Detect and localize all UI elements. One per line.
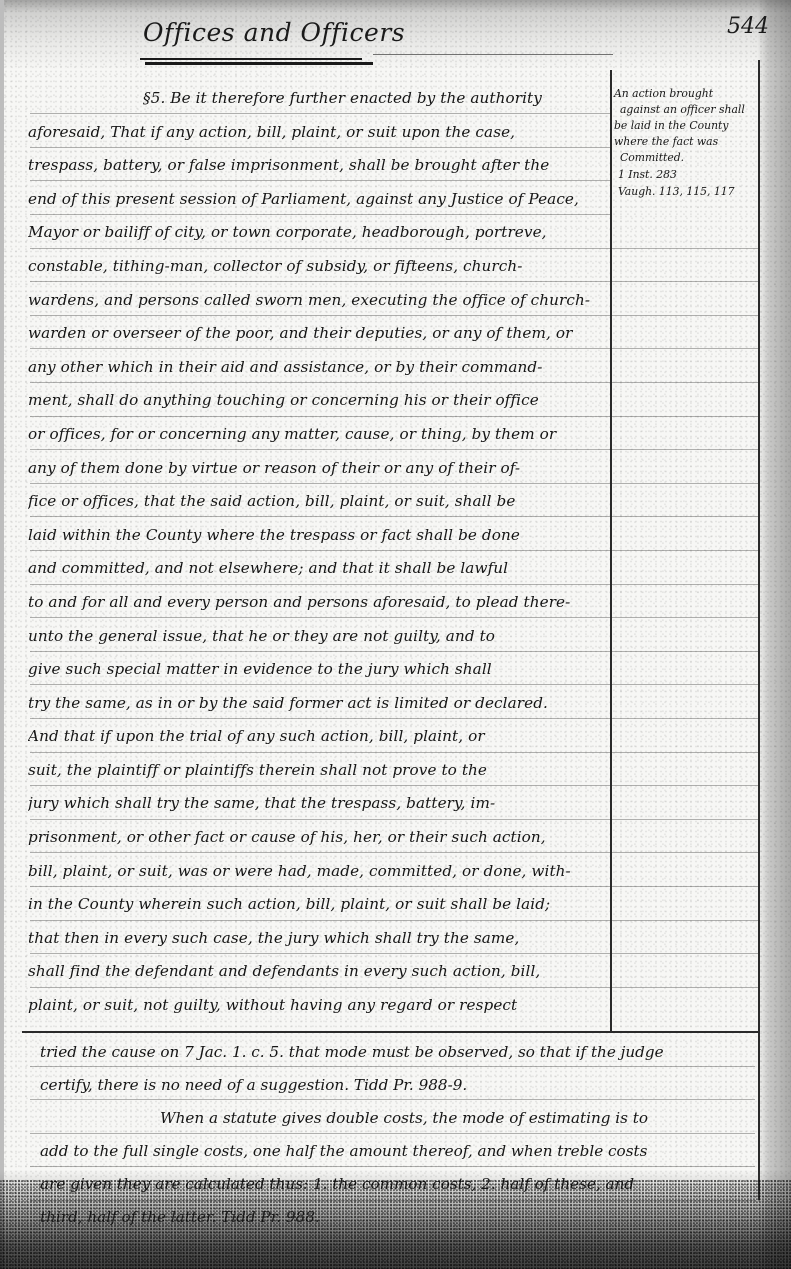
footnote-line: certify, there is no need of a suggestio… (40, 1069, 760, 1102)
margin-ruled-line (612, 953, 758, 954)
margin-ruled-line (612, 348, 758, 349)
scan-edge-strip (0, 0, 4, 1269)
text-line: any of them done by virtue or reason of … (28, 452, 613, 486)
text-line: give such special matter in evidence to … (28, 653, 613, 687)
text-line: wardens, and persons called sworn men, e… (28, 284, 613, 318)
text-line: prisonment, or other fact or cause of hi… (28, 821, 613, 855)
margin-ruled-line (612, 382, 758, 383)
margin-ruled-line (612, 752, 758, 753)
manuscript-page: Offices and Officers 544 §5. Be it there… (0, 0, 791, 1269)
text-line: in the County wherein such action, bill,… (28, 888, 613, 922)
margin-note-line: An action brought (614, 86, 756, 102)
text-line: aforesaid, That if any action, bill, pla… (28, 116, 613, 150)
margin-ruled-line (612, 550, 758, 551)
margin-ruled-line (612, 718, 758, 719)
text-line: trespass, battery, or false imprisonment… (28, 149, 613, 183)
margin-ruled-line (612, 617, 758, 618)
page-title: Offices and Officers (143, 18, 405, 47)
footnote-line: add to the full single costs, one half t… (40, 1135, 760, 1168)
text-line: jury which shall try the same, that the … (28, 787, 613, 821)
margin-ruled-line (612, 315, 758, 316)
margin-note-line: be laid in the County (614, 118, 756, 134)
text-line: plaint, or suit, not guilty, without hav… (28, 989, 613, 1023)
title-underline (145, 62, 373, 65)
margin-ruled-line (612, 785, 758, 786)
section-divider (22, 1031, 760, 1033)
text-line: §5. Be it therefore further enacted by t… (28, 82, 613, 116)
margin-ruled-line (612, 684, 758, 685)
text-line: Mayor or bailiff of city, or town corpor… (28, 216, 613, 250)
text-line: shall find the defendant and defendants … (28, 955, 613, 989)
page-border-right (758, 60, 760, 1200)
statute-text: §5. Be it therefore further enacted by t… (28, 82, 613, 1023)
text-line: that then in every such case, the jury w… (28, 922, 613, 956)
margin-ruled-line (612, 886, 758, 887)
text-line: bill, plaint, or suit, was or were had, … (28, 855, 613, 889)
scan-shadow-right (757, 0, 791, 1269)
margin-ruled-line (612, 281, 758, 282)
text-line: end of this present session of Parliamen… (28, 183, 613, 217)
margin-ruled-line (612, 449, 758, 450)
footnote-line: tried the cause on 7 Jac. 1. c. 5. that … (40, 1036, 760, 1069)
margin-note-line: where the fact was (614, 134, 756, 150)
margin-ruled-line (612, 920, 758, 921)
margin-ruled-line (612, 819, 758, 820)
margin-ruled-line (612, 987, 758, 988)
margin-note-line: Committed. (614, 150, 756, 166)
footnote-line: When a statute gives double costs, the m… (40, 1102, 760, 1135)
margin-note-line: against an officer shall (614, 102, 756, 118)
text-line: laid within the County where the trespas… (28, 519, 613, 553)
margin-ruled-line (612, 852, 758, 853)
margin-ruled-line (612, 416, 758, 417)
text-line: And that if upon the trial of any such a… (28, 720, 613, 754)
text-line: or offices, for or concerning any matter… (28, 418, 613, 452)
margin-ruled-line (612, 248, 758, 249)
margin-citation: 1 Inst. 283 (614, 166, 756, 183)
text-line: suit, the plaintiff or plaintiffs therei… (28, 754, 613, 788)
title-rule (373, 54, 613, 55)
footnote-text: tried the cause on 7 Jac. 1. c. 5. that … (40, 1036, 760, 1234)
text-line: and committed, and not elsewhere; and th… (28, 552, 613, 586)
text-line: unto the general issue, that he or they … (28, 620, 613, 654)
margin-citation: Vaugh. 113, 115, 117 (614, 183, 756, 200)
text-line: ment, shall do anything touching or conc… (28, 384, 613, 418)
title-underline (140, 58, 362, 60)
text-line: warden or overseer of the poor, and thei… (28, 317, 613, 351)
margin-ruled-line (612, 483, 758, 484)
footnote-line: are given they are calculated thus: 1. t… (40, 1168, 760, 1201)
text-line: constable, tithing-man, collector of sub… (28, 250, 613, 284)
margin-ruled-line (612, 584, 758, 585)
margin-note: An action brought against an officer sha… (614, 86, 756, 200)
margin-ruled-line (612, 516, 758, 517)
footnote-line: third, half of the latter. Tidd Pr. 988. (40, 1201, 760, 1234)
text-line: to and for all and every person and pers… (28, 586, 613, 620)
text-line: try the same, as in or by the said forme… (28, 687, 613, 721)
text-line: fice or offices, that the said action, b… (28, 485, 613, 519)
page-number: 544 (727, 14, 769, 39)
margin-ruled-line (612, 651, 758, 652)
text-line: any other which in their aid and assista… (28, 351, 613, 385)
